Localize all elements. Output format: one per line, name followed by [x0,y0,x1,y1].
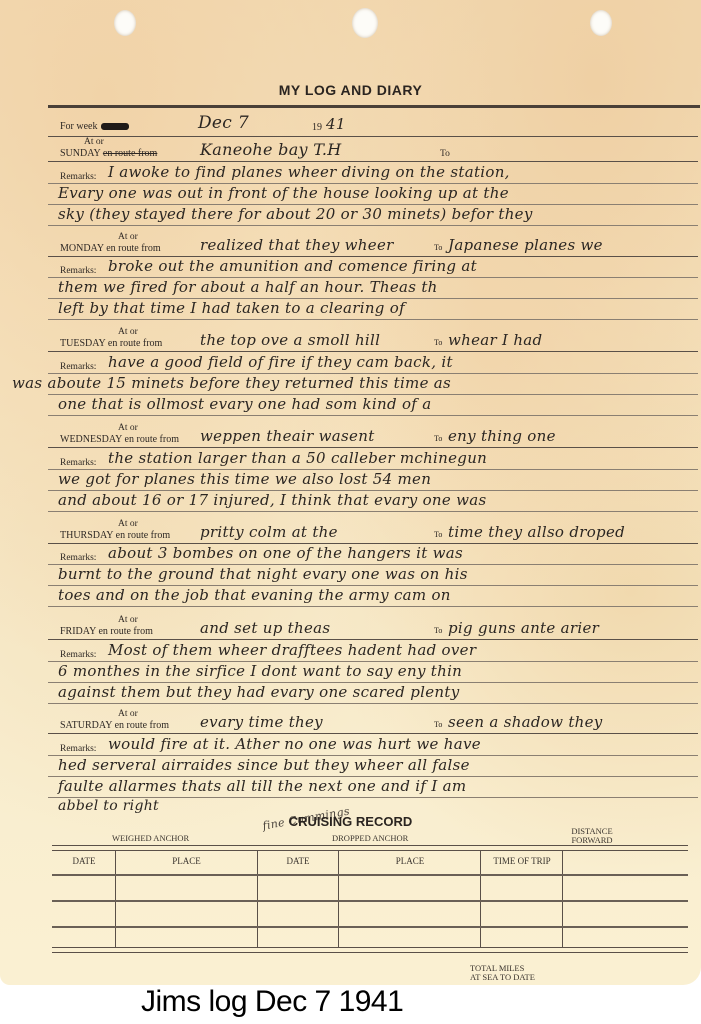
forward-label: FORWARD [562,836,622,845]
rule [48,606,698,607]
page-title: MY LOG AND DIARY [0,82,701,98]
table-row [52,926,688,928]
to-label: To [434,338,442,347]
en-route-from-label: en route from [98,626,152,637]
day-label-wednesday: WEDNESDAY en route from [60,434,179,445]
col-header-date: DATE [257,856,339,866]
en-route-from-label: en route from [116,530,170,541]
day-name: FRIDAY [60,626,96,637]
to-label: To [440,149,450,159]
day-label-monday: MONDAY en route from [60,243,161,254]
diary-page: MY LOG AND DIARY For week Dec 7 19 41 At… [0,0,701,985]
for-week-text: For week [60,121,98,132]
punch-hole [590,10,612,36]
col-header-place: PLACE [339,856,481,866]
to-label: To [434,720,442,729]
table-row [52,900,688,902]
at-or-label: At or [118,423,138,433]
remarks-line-sunday: I awoke to find planes wheer diving on t… [108,163,510,181]
remarks-label: Remarks: [60,650,96,660]
from-value-tuesday: the top ove a smoll hill [200,331,380,349]
remarks-line-saturday: hed serveral airraides since but they wh… [58,756,470,774]
remarks-label: Remarks: [60,458,96,468]
day-label-thursday: THURSDAY en route from [60,530,170,541]
remarks-line-saturday: faulte allarmes thats all till the next … [58,777,466,795]
remarks-label: Remarks: [60,744,96,754]
remarks-line-saturday: would fire at it. Ather no one was hurt … [108,735,481,753]
at-or-label: At or [118,232,138,242]
redacted-ending [101,123,129,130]
from-value-sunday: Kaneohe bay T.H [200,140,342,159]
rule [48,511,698,512]
remarks-line-thursday: toes and on the job that evaning the arm… [58,586,451,604]
remarks-line-wednesday: and about 16 or 17 injured, I think that… [58,491,487,509]
col-header-place: PLACE [116,856,257,866]
from-value-friday: and set up theas [200,619,330,637]
remarks-line-saturday: abbel to right [58,798,159,814]
remarks-line-monday: left by that time I had taken to a clear… [58,299,405,317]
to-label: To [434,243,442,252]
table-row [52,874,688,876]
from-value-saturday: evary time they [200,713,323,731]
from-value-wednesday: weppen theair wasent [200,427,375,445]
title-rule [48,105,700,108]
total-miles-label: TOTAL MILES AT SEA TO DATE [470,964,535,982]
to-value-tuesday: whear I had [448,331,542,349]
for-week-label: For week [60,121,129,132]
day-label-tuesday: TUESDAY en route from [60,338,162,349]
table-bottom-rule [52,947,688,953]
remarks-line-tuesday: one that is ollmost evary one had som ki… [58,395,431,413]
col-header-date: DATE [52,856,116,866]
to-label: To [434,434,442,443]
to-label: To [434,626,442,635]
punch-hole [352,8,378,38]
week-date: Dec 7 [198,113,249,133]
rule [48,225,698,226]
day-name: MONDAY [60,243,104,254]
remarks-line-friday: against them but they had evary one scar… [58,683,459,701]
to-value-wednesday: eny thing one [448,427,556,445]
remarks-label: Remarks: [60,553,96,563]
table-top-rule [52,845,688,851]
rule [48,351,698,352]
column-divider [562,851,563,947]
remarks-line-tuesday: have a good field of fire if they cam ba… [108,353,453,371]
day-label-saturday: SATURDAY en route from [60,720,169,731]
rule [48,136,698,137]
remarks-line-wednesday: we got for planes this time we also lost… [58,470,431,488]
at-or-label: At or [118,327,138,337]
en-route-from-label: en route from [125,434,179,445]
to-value-thursday: time they allso droped [448,523,625,541]
remarks-line-thursday: burnt to the ground that night evary one… [58,565,468,583]
at-or-label: At or [118,709,138,719]
rule [48,161,698,162]
day-name: WEDNESDAY [60,434,122,445]
col-header-time-of-trip: TIME OF TRIP [481,856,563,866]
column-divider [257,851,258,947]
year-prefix: 19 [312,122,322,133]
day-name: SATURDAY [60,720,112,731]
rule [48,733,698,734]
remarks-line-monday: them we fired for about a half an hour. … [58,278,438,296]
remarks-line-sunday: sky (they stayed there for about 20 or 3… [58,205,533,223]
rule [48,447,698,448]
remarks-label: Remarks: [60,266,96,276]
day-label-sunday: SUNDAY en route from [60,148,157,159]
remarks-line-friday: Most of them wheer drafftees hadent had … [108,641,476,659]
to-value-friday: pig guns ante arier [448,619,599,637]
en-route-from-struck: en route from [103,148,157,159]
from-value-monday: realized that they wheer [200,236,394,254]
rule [48,703,698,704]
en-route-from-label: en route from [108,338,162,349]
en-route-from-label: en route from [115,720,169,731]
image-caption: Jims log Dec 7 1941 [141,985,403,1019]
day-name: TUESDAY [60,338,105,349]
punch-hole [114,10,136,36]
at-or-label: At or [118,615,138,625]
remarks-line-monday: broke out the amunition and comence firi… [108,257,477,275]
remarks-label: Remarks: [60,172,96,182]
column-divider [115,851,116,947]
day-label-friday: FRIDAY en route from [60,626,153,637]
column-divider [338,851,339,947]
at-or-label: At or [118,519,138,529]
rule [48,639,698,640]
distance-forward-label: DISTANCE FORWARD [562,827,622,845]
at-sea-to-date-text: AT SEA TO DATE [470,973,535,982]
to-value-monday: Japanese planes we [448,236,603,254]
en-route-from-label: en route from [106,243,160,254]
remarks-label: Remarks: [60,362,96,372]
rule [48,319,698,320]
column-divider [480,851,481,947]
day-name: SUNDAY [60,148,100,159]
remarks-line-tuesday: was aboute 15 minets before they returne… [12,374,451,392]
from-value-thursday: pritty colm at the [200,523,338,541]
remarks-line-friday: 6 monthes in the sirfice I dont want to … [58,662,462,680]
dropped-anchor-label: DROPPED ANCHOR [332,834,408,843]
at-or-label: At or [84,137,104,147]
remarks-line-thursday: about 3 bombes on one of the hangers it … [108,544,463,562]
year-suffix: 41 [326,115,346,133]
to-label: To [434,530,442,539]
rule [48,415,698,416]
remarks-line-sunday: Evary one was out in front of the house … [58,184,509,202]
day-name: THURSDAY [60,530,113,541]
to-value-saturday: seen a shadow they [448,713,603,731]
remarks-line-wednesday: the station larger than a 50 calleber mc… [108,449,487,467]
weighed-anchor-label: WEIGHED ANCHOR [112,834,189,843]
